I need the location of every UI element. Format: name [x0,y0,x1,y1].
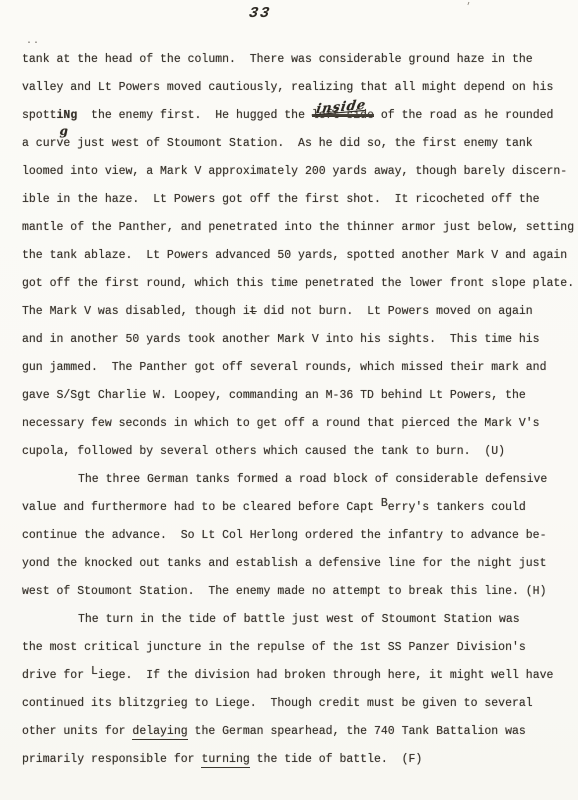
text-segment: of the road as he rounded [374,109,553,122]
overtyped-correction: iNgg [57,109,78,122]
handwritten-annotation: inside [314,92,368,125]
text-line-15: cupola, followed by several others which… [22,438,567,466]
text-segment: drive for [22,669,91,682]
text-line-9: got off the first round, which this time… [22,270,567,298]
text-line-5: loomed into view, a Mark V approximately… [22,158,567,186]
text-segment: tank at the head of the column. There wa… [22,53,533,66]
text-segment: got off the first round, which this time… [22,277,574,290]
text-line-21: The turn in the tide of battle just west… [22,606,567,634]
text-line-17: value and furthermore had to be cleared … [22,494,567,522]
text-segment: loomed into view, a Mark V approximately… [22,165,567,178]
text-line-14: necessary few seconds in which to get of… [22,410,567,438]
text-segment: The Mark V was disabled, though i [22,305,250,318]
text-segment: primarily responsible for [22,753,201,766]
text-line-23: drive for Liege. If the division had bro… [22,662,567,690]
stray-mark: ' [462,1,471,13]
handwritten-descender: g [60,117,68,145]
typewritten-text-block: tank at the head of the column. There wa… [22,46,567,774]
text-line-8: the tank ablaze. Lt Powers advanced 50 y… [22,242,567,270]
text-line-10: The Mark V was disabled, though it did n… [22,298,567,326]
underlined-word: turning [201,753,249,768]
text-segment: mantle of the Panther, and penetrated in… [22,221,574,234]
text-segment: L [91,665,98,678]
text-line-4: a curve just west of Stoumont Station. A… [22,130,567,158]
text-segment: did not burn. Lt Powers moved on again [257,305,533,318]
text-segment: yond the knocked out tanks and establish… [22,557,547,570]
text-segment: The turn in the tide of battle just west… [78,613,520,626]
text-segment: a curve just west of Stoumont Station. A… [22,137,533,150]
struck-out-text: left sideinside [312,109,374,122]
text-segment: ible in the haze. Lt Powers got off the … [22,193,540,206]
underlined-word: delaying [132,725,187,740]
text-segment: The three German tanks formed a road blo… [78,473,547,486]
text-segment: continue the advance. So Lt Col Herlong … [22,529,547,542]
text-line-26: primarily responsible for turning the ti… [22,746,567,774]
text-segment: gun jammed. The Panther got off several … [22,361,547,374]
text-line-16: The three German tanks formed a road blo… [22,466,567,494]
page-number: 33 [248,5,272,22]
text-segment: cupola, followed by several others which… [22,445,505,458]
text-segment: and in another 50 yards took another Mar… [22,333,540,346]
text-segment: gave S/Sgt Charlie W. Loopey, commanding… [22,389,526,402]
text-line-3: spottiNgg the enemy first. He hugged the… [22,102,567,130]
text-line-1: tank at the head of the column. There wa… [22,46,567,74]
text-segment: value and furthermore had to be cleared … [22,501,381,514]
text-segment: B [381,497,388,510]
text-segment: other units for [22,725,132,738]
text-line-22: the most critical juncture in the repuls… [22,634,567,662]
text-segment: the tank ablaze. Lt Powers advanced 50 y… [22,249,567,262]
text-segment: continued its blitzgrieg to Liege. Thoug… [22,697,533,710]
text-segment: iege. If the division had broken through… [98,669,553,682]
text-segment: spott [22,109,57,122]
text-segment: the most critical juncture in the repuls… [22,641,526,654]
text-segment: t [250,305,257,318]
text-segment: the German spearhead, the 740 Tank Batta… [188,725,526,738]
text-line-6: ible in the haze. Lt Powers got off the … [22,186,567,214]
text-segment: west of Stoumont Station. The enemy made… [22,585,547,598]
text-line-18: continue the advance. So Lt Col Herlong … [22,522,567,550]
document-page: 33 .. ' tank at the head of the column. … [0,0,578,800]
text-line-11: and in another 50 yards took another Mar… [22,326,567,354]
text-segment: necessary few seconds in which to get of… [22,417,540,430]
text-line-20: west of Stoumont Station. The enemy made… [22,578,567,606]
text-line-25: other units for delaying the German spea… [22,718,567,746]
text-segment: the tide of battle. (F) [250,753,423,766]
text-segment: erry's tankers could [388,501,526,514]
text-line-2: valley and Lt Powers moved cautiously, r… [22,74,567,102]
text-line-24: continued its blitzgrieg to Liege. Thoug… [22,690,567,718]
text-line-19: yond the knocked out tanks and establish… [22,550,567,578]
text-segment: valley and Lt Powers moved cautiously, r… [22,81,553,94]
text-line-13: gave S/Sgt Charlie W. Loopey, commanding… [22,382,567,410]
text-segment: the enemy first. He hugged the [77,109,312,122]
text-line-12: gun jammed. The Panther got off several … [22,354,567,382]
text-line-7: mantle of the Panther, and penetrated in… [22,214,567,242]
